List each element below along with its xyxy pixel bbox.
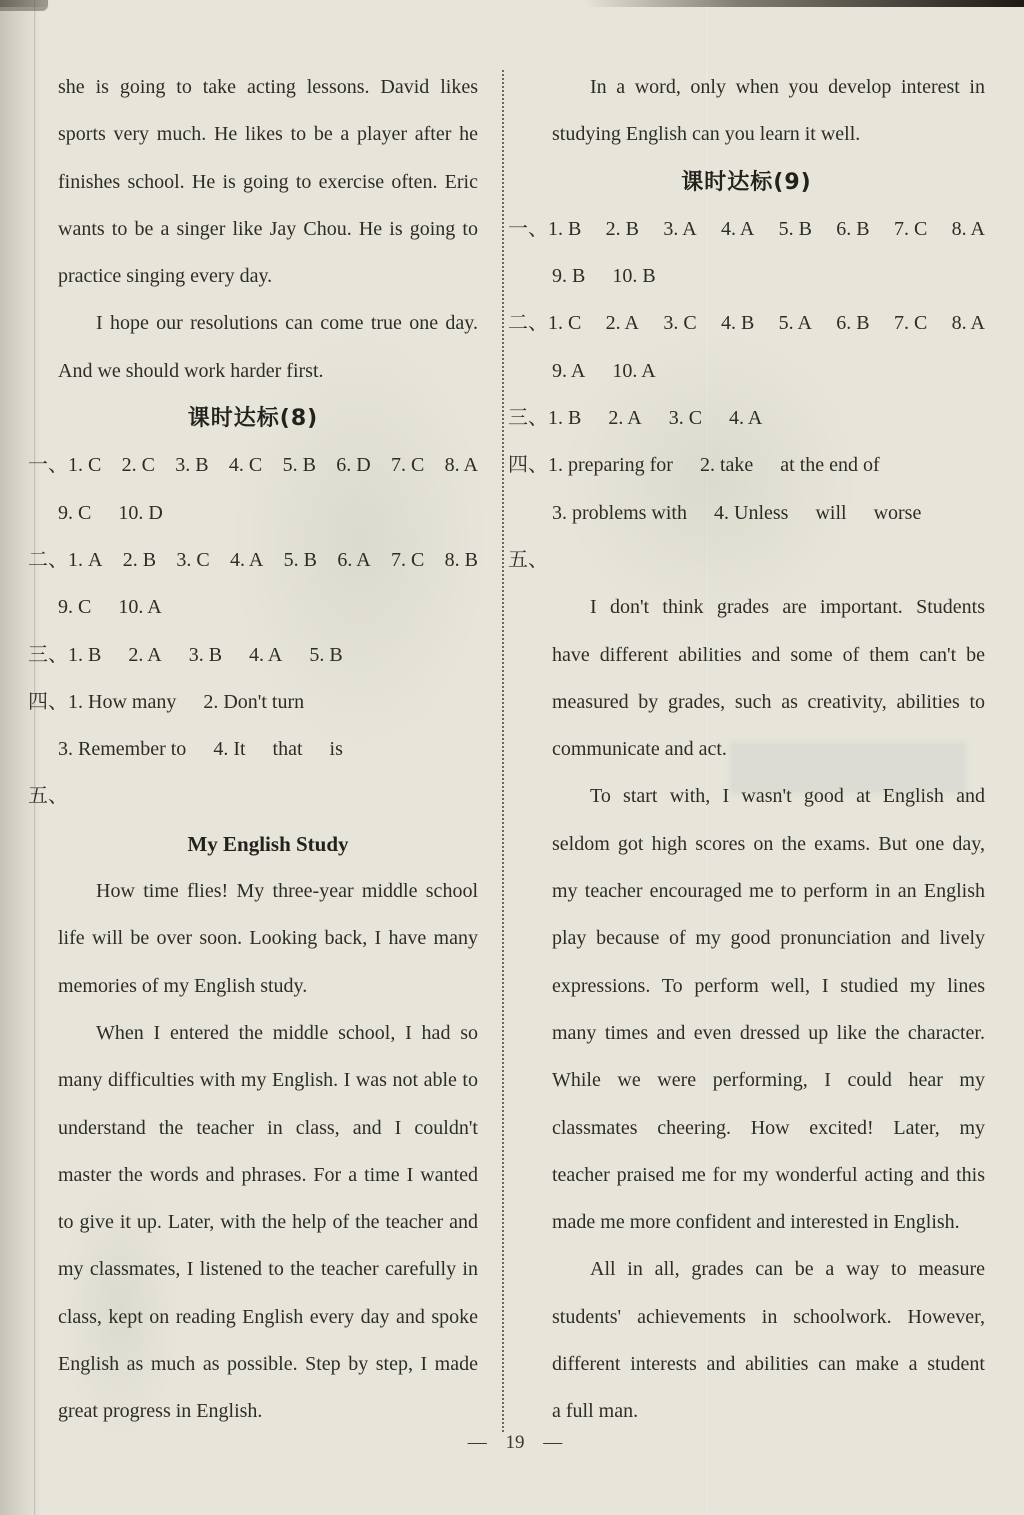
answer-item: 3. A xyxy=(663,206,696,253)
answer-item: 5. B xyxy=(779,206,812,253)
text-line: seldom got high scores on the exams. But… xyxy=(508,821,985,868)
answer-item: 6. D xyxy=(336,442,370,489)
answer-line: 3. problems with4. Unlesswillworse xyxy=(508,490,985,537)
answer-item: 6. A xyxy=(337,537,370,584)
answer-item: 8. A xyxy=(952,300,985,347)
answer-item: 10. B xyxy=(612,253,655,300)
answer-item: is xyxy=(330,726,343,773)
text-line: she is going to take acting lessons. Dav… xyxy=(28,64,478,111)
answer-item: 3. C xyxy=(176,537,209,584)
answer-item: 8. A xyxy=(952,206,985,253)
answer-line: 二、1. C2. A3. C4. B5. A6. B7. C8. A xyxy=(508,300,985,347)
answer-item: 三、1. B xyxy=(508,395,581,442)
answer-item: 3. C xyxy=(669,395,702,442)
answer-item: 9. C xyxy=(58,490,91,537)
text-line: many difficulties with my English. I was… xyxy=(28,1057,478,1104)
left-column: she is going to take acting lessons. Dav… xyxy=(28,64,478,1436)
answer-item: 3. B xyxy=(189,632,222,679)
answer-line: 3. Remember to4. Itthatis xyxy=(28,726,478,773)
text-line: I hope our resolutions can come true one… xyxy=(28,300,478,347)
answer-item: 三、1. B xyxy=(28,632,101,679)
answer-item: 3. B xyxy=(175,442,208,489)
answer-item: 4. A xyxy=(721,206,754,253)
answer-item: that xyxy=(273,726,303,773)
text-line: 五、 xyxy=(508,537,985,584)
answer-item: 2. A xyxy=(128,632,161,679)
answer-item: 4. A xyxy=(230,537,263,584)
answer-item: 2. A xyxy=(608,395,641,442)
answer-item: 5. B xyxy=(284,537,317,584)
answer-item: worse xyxy=(874,490,922,537)
text-line: 课时达标(8) xyxy=(28,395,478,442)
answer-item: 9. C xyxy=(58,584,91,631)
text-line: expressions. To perform well, I studied … xyxy=(508,963,985,1010)
text-line: In a word, only when you develop interes… xyxy=(508,64,985,111)
answer-line: 一、1. C2. C3. B4. C5. B6. D7. C8. A xyxy=(28,442,478,489)
answer-line: 三、1. B2. A3. B4. A5. B xyxy=(28,632,478,679)
text-line: class, kept on reading English every day… xyxy=(28,1294,478,1341)
text-line: classmates cheering. How excited! Later,… xyxy=(508,1105,985,1152)
text-line: communicate and act. xyxy=(508,726,985,773)
answer-item: 4. C xyxy=(229,442,262,489)
answer-item: 7. C xyxy=(391,442,424,489)
answer-item: 8. A xyxy=(445,442,478,489)
answer-item: 9. B xyxy=(552,253,585,300)
text-line: 课时达标(9) xyxy=(508,159,985,206)
page-number: — 19 — xyxy=(415,1432,615,1454)
text-line: understand the teacher in class, and I c… xyxy=(28,1105,478,1152)
text-line: finishes school. He is going to exercise… xyxy=(28,159,478,206)
text-line: 五、 xyxy=(28,773,478,820)
text-line: When I entered the middle school, I had … xyxy=(28,1010,478,1057)
answer-item: 10. D xyxy=(118,490,162,537)
text-line: different interests and abilities can ma… xyxy=(508,1341,985,1388)
answer-item: 四、1. How many xyxy=(28,679,176,726)
answer-item: 一、1. C xyxy=(28,442,101,489)
answer-item: 9. A xyxy=(552,348,585,395)
text-line: I don't think grades are important. Stud… xyxy=(508,584,985,631)
answer-item: 3. Remember to xyxy=(58,726,186,773)
text-line: my classmates, I listened to the teacher… xyxy=(28,1246,478,1293)
answer-item: 二、1. C xyxy=(508,300,581,347)
text-line: great progress in English. xyxy=(28,1388,478,1435)
answer-item: 4. B xyxy=(721,300,754,347)
scan-corner-shadow xyxy=(0,0,48,11)
answer-item: 二、1. A xyxy=(28,537,102,584)
answer-item: 2. Don't turn xyxy=(203,679,304,726)
answer-item: 4. Unless xyxy=(714,490,788,537)
text-line: life will be over soon. Looking back, I … xyxy=(28,915,478,962)
answer-item: 5. B xyxy=(309,632,342,679)
right-column: In a word, only when you develop interes… xyxy=(508,64,985,1436)
answer-line: 四、1. preparing for2. takeat the end of xyxy=(508,442,985,489)
text-line: All in all, grades can be a way to measu… xyxy=(508,1246,985,1293)
text-line: wants to be a singer like Jay Chou. He i… xyxy=(28,206,478,253)
text-line: to give it up. Later, with the help of t… xyxy=(28,1199,478,1246)
answer-item: 3. problems with xyxy=(552,490,687,537)
text-line: measured by grades, such as creativity, … xyxy=(508,679,985,726)
text-line: teacher praised me for my wonderful acti… xyxy=(508,1152,985,1199)
answer-line: 9. C10. D xyxy=(28,490,478,537)
text-line: sports very much. He likes to be a playe… xyxy=(28,111,478,158)
answer-line: 三、1. B2. A3. C4. A xyxy=(508,395,985,442)
column-divider-line xyxy=(502,70,504,1432)
answer-item: at the end of xyxy=(780,442,879,489)
text-line: made me more confident and interested in… xyxy=(508,1199,985,1246)
answer-line: 9. A10. A xyxy=(508,348,985,395)
text-line: memories of my English study. xyxy=(28,963,478,1010)
answer-item: 7. C xyxy=(894,300,927,347)
answer-item: 6. B xyxy=(836,206,869,253)
text-line: practice singing every day. xyxy=(28,253,478,300)
text-line: my teacher encouraged me to perform in a… xyxy=(508,868,985,915)
text-line: To start with, I wasn't good at English … xyxy=(508,773,985,820)
answer-line: 二、1. A2. B3. C4. A5. B6. A7. C8. B xyxy=(28,537,478,584)
answer-item: 5. A xyxy=(779,300,812,347)
answer-item: 5. B xyxy=(283,442,316,489)
answer-item: 2. B xyxy=(123,537,156,584)
answer-item: 10. A xyxy=(118,584,161,631)
scanned-answer-key-page: { "page": { "number": "— 19 —" }, "left_… xyxy=(0,0,1024,1515)
answer-item: 4. A xyxy=(729,395,762,442)
answer-item: 7. C xyxy=(391,537,424,584)
text-line: many times and even dressed up like the … xyxy=(508,1010,985,1057)
answer-line: 9. B10. B xyxy=(508,253,985,300)
answer-item: 6. B xyxy=(836,300,869,347)
answer-item: 2. B xyxy=(606,206,639,253)
answer-item: 7. C xyxy=(894,206,927,253)
text-line: have different abilities and some of the… xyxy=(508,632,985,679)
text-line: play because of my good pronunciation an… xyxy=(508,915,985,962)
text-line: How time flies! My three-year middle sch… xyxy=(28,868,478,915)
text-line: And we should work harder first. xyxy=(28,348,478,395)
answer-item: 2. A xyxy=(606,300,639,347)
answer-item: 4. It xyxy=(213,726,245,773)
answer-item: 四、1. preparing for xyxy=(508,442,673,489)
answer-item: 2. take xyxy=(700,442,753,489)
answer-line: 一、1. B2. B3. A4. A5. B6. B7. C8. A xyxy=(508,206,985,253)
text-line: My English Study xyxy=(28,821,478,868)
answer-item: 3. C xyxy=(663,300,696,347)
text-line: master the words and phrases. For a time… xyxy=(28,1152,478,1199)
answer-item: 4. A xyxy=(249,632,282,679)
answer-line: 9. C10. A xyxy=(28,584,478,631)
text-line: English as much as possible. Step by ste… xyxy=(28,1341,478,1388)
text-line: a full man. xyxy=(508,1388,985,1435)
text-line: While we were performing, I could hear m… xyxy=(508,1057,985,1104)
answer-item: 10. A xyxy=(612,348,655,395)
answer-item: 8. B xyxy=(445,537,478,584)
answer-line: 四、1. How many2. Don't turn xyxy=(28,679,478,726)
scan-top-edge-shadow xyxy=(0,0,1024,7)
answer-item: will xyxy=(815,490,846,537)
text-line: students' achievements in schoolwork. Ho… xyxy=(508,1294,985,1341)
answer-item: 一、1. B xyxy=(508,206,581,253)
answer-item: 2. C xyxy=(122,442,155,489)
text-line: studying English can you learn it well. xyxy=(508,111,985,158)
